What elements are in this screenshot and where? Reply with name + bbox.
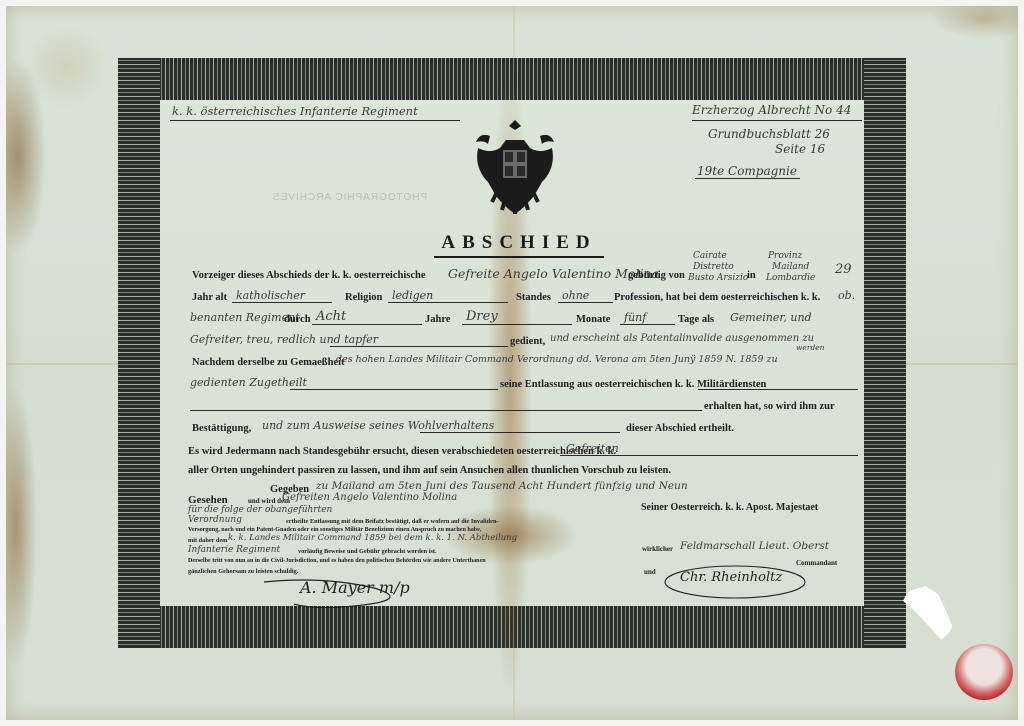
label-actual: wirklicher bbox=[642, 545, 673, 553]
footer-text-4: mit daher dem bbox=[188, 537, 227, 544]
blank-line bbox=[698, 389, 858, 390]
field-marital-status: ledigen bbox=[392, 289, 433, 302]
regiment-name-right: Erzherzog Albrecht No 44 bbox=[692, 103, 851, 117]
regiment-name-left: k. k. österreichisches Infanterie Regime… bbox=[172, 104, 418, 118]
field-profession: ohne bbox=[562, 289, 589, 302]
label-in: in bbox=[747, 270, 756, 281]
label-and: und bbox=[644, 568, 656, 576]
field-footer-hand-5: Infanterie Regiment bbox=[188, 545, 280, 555]
field-service-days: fünf bbox=[624, 311, 646, 324]
field-province-label: Provinz bbox=[768, 251, 802, 261]
blank-line bbox=[290, 389, 498, 390]
field-assigned: gedienten Zugetheilt bbox=[190, 376, 307, 389]
field-rank-repeat: Gefreiten bbox=[566, 442, 619, 455]
label-received: erhalten hat, so wird ihm zur bbox=[704, 401, 835, 412]
ornamental-border-right bbox=[864, 58, 906, 648]
blank-line bbox=[420, 432, 620, 433]
blank-line bbox=[190, 410, 702, 411]
field-religion: katholischer bbox=[236, 289, 305, 302]
blank-line bbox=[330, 346, 508, 347]
field-soldier-name-repeat: Gefreiten Angelo Valentino Molina bbox=[282, 492, 457, 503]
field-conduct: Gefreiter, treu, redlich und tapfer bbox=[190, 333, 378, 346]
label-profession: Profession, hat bei dem oesterreichische… bbox=[614, 292, 820, 303]
label-religion: Religion bbox=[345, 292, 382, 303]
label-issued: dieser Abschied ertheilt. bbox=[626, 423, 734, 434]
label-born-in: gebürtig von bbox=[628, 270, 685, 281]
document-title: ABSCHIED bbox=[434, 232, 604, 254]
label-pursuant-to: Nachdem derselbe zu Gemaeßheit bbox=[192, 357, 345, 368]
label-status: Standes bbox=[516, 292, 551, 303]
field-region: Lombardie bbox=[766, 273, 815, 283]
footer-text-2: ertheilte Entlassung mit dem Beifatz bes… bbox=[286, 518, 499, 525]
field-conduct-proof: und zum Ausweise seines Wohlverhaltens bbox=[262, 419, 494, 432]
label-majesty: Seiner Oesterreich. k. k. Apost. Majesta… bbox=[641, 502, 818, 513]
blank-line bbox=[232, 302, 332, 303]
signature-flourish-right bbox=[660, 560, 810, 604]
field-province: Mailand bbox=[772, 262, 809, 272]
label-free-passage: aller Orten ungehindert passiren zu lass… bbox=[188, 465, 671, 476]
field-ob: ob. bbox=[838, 289, 855, 302]
label-request: Es wird Jedermann nach Standesgebühr ers… bbox=[188, 446, 616, 457]
underline bbox=[695, 178, 800, 179]
label-months: Monate bbox=[576, 314, 610, 325]
label-served: gedient, bbox=[510, 336, 545, 347]
blank-line bbox=[558, 302, 613, 303]
field-rank: Gemeiner, und bbox=[730, 311, 812, 324]
double-headed-eagle-icon bbox=[472, 118, 558, 216]
label-years-old: Jahr alt bbox=[192, 292, 227, 303]
underline bbox=[170, 120, 460, 121]
label-confirmation: Bestättigung, bbox=[192, 423, 251, 434]
blank-line bbox=[560, 455, 858, 456]
title-underline bbox=[434, 256, 604, 258]
register-side: Seite 16 bbox=[775, 142, 825, 156]
blank-line bbox=[620, 324, 675, 325]
field-age: 29 bbox=[835, 262, 852, 277]
blank-line bbox=[388, 302, 508, 303]
footer-text-6: Derselbe tritt von nun an in die Civil-J… bbox=[188, 558, 486, 564]
label-days-as: Tage als bbox=[678, 314, 714, 325]
label-years: Jahre bbox=[425, 314, 450, 325]
ghost-stamp: PHOTOGRAPHIC ARCHIVES bbox=[272, 192, 427, 203]
underline bbox=[692, 120, 862, 121]
signature-flourish-left bbox=[262, 572, 412, 608]
field-ordinance: des hohen Landes Militair Command Verord… bbox=[336, 354, 778, 365]
field-issue-place-date: zu Mailand am 5ten Juni des Tausend Acht… bbox=[316, 480, 688, 492]
field-remark: und erscheint als Patentalinvalide ausge… bbox=[550, 333, 814, 344]
label-through: durch bbox=[284, 314, 311, 325]
field-footer-hand-4: k. k. Landes Militair Command 1859 bei d… bbox=[228, 533, 517, 543]
field-ordinance-insert: werden bbox=[796, 343, 825, 352]
field-footer-hand-3: Verordnung bbox=[188, 515, 242, 525]
footer-text-5: vorläufig Beweise und Gebühr gebracht wo… bbox=[298, 548, 437, 555]
field-footer-hand-2: für die folge der obangeführten bbox=[188, 505, 332, 515]
field-district-town: Busto Arsizio bbox=[688, 273, 748, 283]
label-bearer: Vorzeiger dieses Abschieds der k. k. oes… bbox=[192, 270, 426, 281]
field-service-years: Acht bbox=[316, 309, 346, 324]
blank-line bbox=[312, 324, 422, 325]
blank-line bbox=[462, 324, 572, 325]
register-page: Grundbuchsblatt 26 bbox=[708, 127, 830, 141]
field-district: Distretto bbox=[693, 262, 734, 272]
ornamental-border-left bbox=[118, 58, 160, 648]
field-birthplace: Cairate bbox=[693, 251, 727, 261]
wax-seal-icon bbox=[955, 644, 1013, 700]
company-number: 19te Compagnie bbox=[697, 164, 797, 178]
field-commander-rank: Feldmarschall Lieut. Oberst bbox=[680, 540, 829, 552]
field-service-months: Drey bbox=[466, 309, 498, 324]
